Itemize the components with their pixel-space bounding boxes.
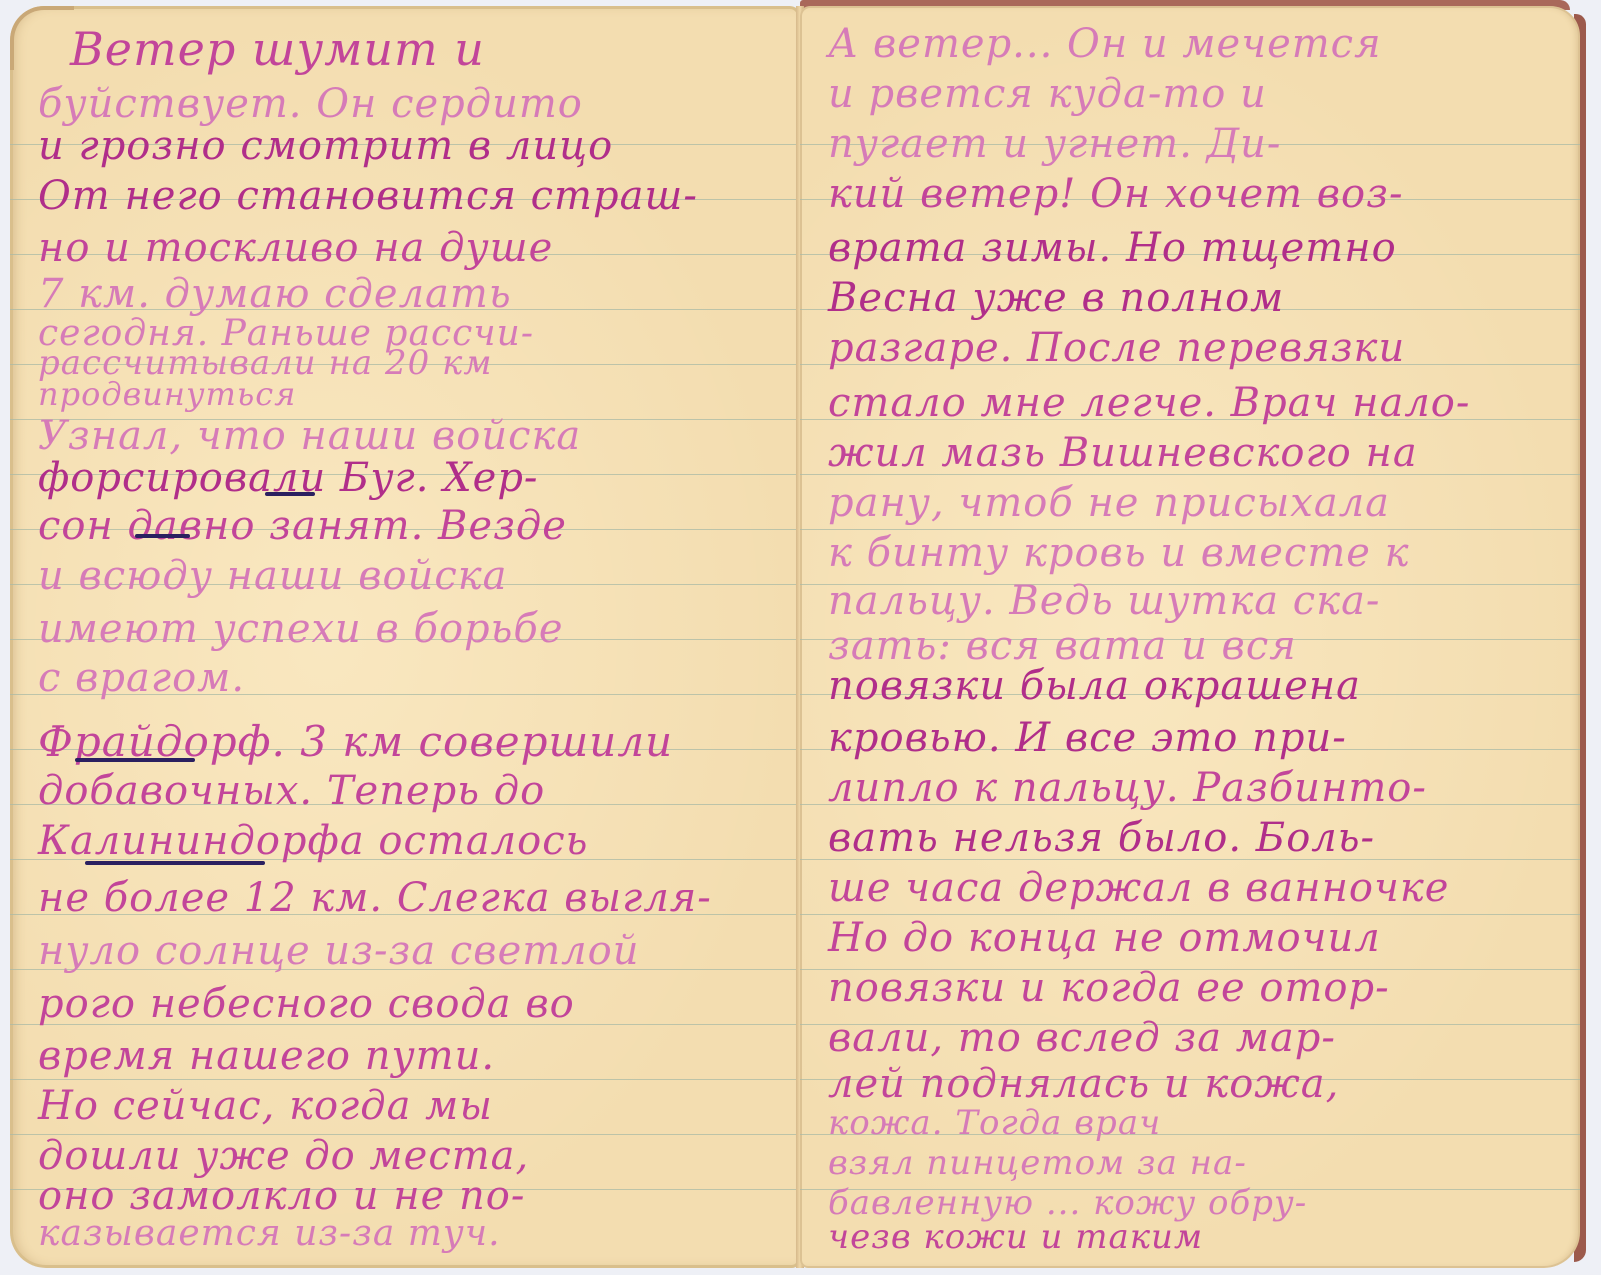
handwritten-line: стало мне легче. Врач нало- <box>828 383 1470 423</box>
handwritten-line: пугает и угнет. Ди- <box>828 124 1281 164</box>
handwritten-line: буйствует. Он сердито <box>38 84 583 124</box>
handwritten-line: имеют успехи в борьбе <box>38 609 564 649</box>
handwritten-line: дошли уже до места, <box>38 1136 529 1176</box>
handwritten-line: кровью. И все это при- <box>828 718 1347 758</box>
handwritten-line: разгаре. После перевязки <box>828 328 1405 368</box>
ruled-line <box>10 1079 800 1080</box>
underline-mark <box>135 534 190 538</box>
handwritten-line: бавленную ... кожу обру- <box>828 1186 1307 1220</box>
handwritten-line: Но сейчас, когда мы <box>38 1086 493 1126</box>
handwritten-line: Калининдорфа осталось <box>38 821 588 861</box>
handwritten-line: но и тоскливо на душе <box>38 228 553 268</box>
handwritten-line: кий ветер! Он хочет воз- <box>828 174 1403 214</box>
page-corner-wear <box>10 6 74 70</box>
handwritten-line: рого небесного свода во <box>38 984 575 1024</box>
handwritten-line: пальцу. Ведь шутка ска- <box>828 581 1380 621</box>
handwritten-line: казывается из-за туч. <box>38 1216 501 1252</box>
handwritten-line: Ветер шумит и <box>70 26 485 72</box>
handwritten-line: врата зимы. Но тщетно <box>828 228 1397 268</box>
underline-mark <box>75 758 195 762</box>
handwritten-line: повязки и когда ее отор- <box>828 968 1390 1008</box>
handwritten-line: к бинту кровь и вместе к <box>828 533 1410 573</box>
handwritten-line: Весна уже в полном <box>828 278 1284 318</box>
handwritten-line: повязки была окрашена <box>828 666 1361 706</box>
handwritten-line: А ветер... Он и мечется <box>828 24 1382 64</box>
handwritten-line: лей поднялась и кожа, <box>828 1064 1339 1104</box>
handwritten-line: чезв кожи и таким <box>828 1220 1203 1254</box>
handwritten-line: и всюду наши войска <box>38 556 507 596</box>
handwritten-line: рану, чтоб не присыхала <box>828 483 1390 523</box>
notebook-spread: Ветер шумит и буйствует. Он сердито и гр… <box>0 0 1601 1275</box>
handwritten-line: Узнал, что наши войска <box>38 416 581 456</box>
handwritten-line: время нашего пути. <box>38 1036 495 1076</box>
handwritten-line: липло к пальцу. Разбинто- <box>828 768 1427 808</box>
handwritten-line: Фрайдорф. 3 км совершили <box>38 721 673 763</box>
handwritten-line: жил мазь Вишневского на <box>828 433 1418 473</box>
handwritten-line: добавочных. Теперь до <box>38 771 545 811</box>
handwritten-line: Но до конца не отмочил <box>828 918 1381 958</box>
underline-mark <box>85 861 265 865</box>
left-page: Ветер шумит и буйствует. Он сердито и гр… <box>10 6 800 1268</box>
right-page: А ветер... Он и мечется и рвется куда-то… <box>800 6 1580 1268</box>
handwritten-line: не более 12 км. Слегка выгля- <box>38 878 712 918</box>
handwritten-line: взял пинцетом за на- <box>828 1146 1247 1180</box>
handwritten-line: продвинуться <box>38 378 296 410</box>
handwritten-line: сон давно занят. Везде <box>38 506 567 546</box>
handwritten-line: и рвется куда-то и <box>828 74 1267 114</box>
handwritten-line: От него становится страш- <box>38 176 698 216</box>
handwritten-line: кожа. Тогда врач <box>828 1106 1161 1140</box>
handwritten-line: нуло солнце из-за светлой <box>38 931 639 971</box>
underline-mark <box>265 492 315 496</box>
handwritten-line: оно замолкло и не по- <box>38 1176 525 1216</box>
handwritten-line: с врагом. <box>38 658 245 698</box>
handwritten-line: ше часа держал в ванночке <box>828 868 1449 908</box>
handwritten-line: 7 км. думаю сделать <box>38 274 512 314</box>
handwritten-line: вать нельзя было. Боль- <box>828 818 1375 858</box>
handwritten-line: и грозно смотрит в лицо <box>38 126 613 166</box>
handwritten-line: вали, то вслед за мар- <box>828 1018 1336 1058</box>
handwritten-line: зать: вся вата и вся <box>828 626 1297 666</box>
